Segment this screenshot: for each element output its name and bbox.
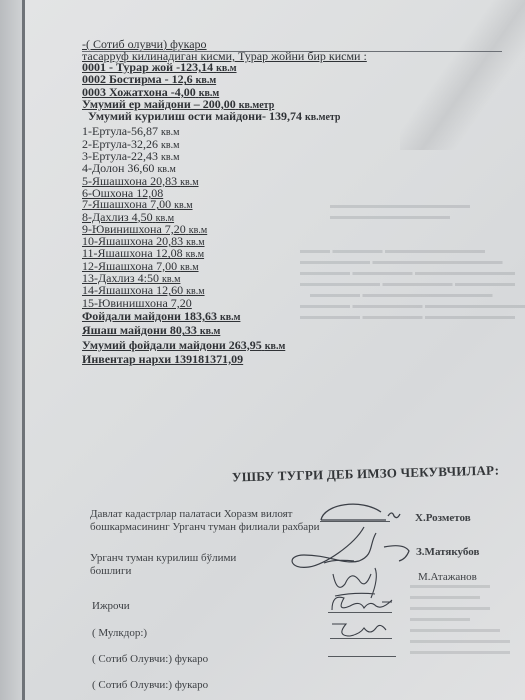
background-surface xyxy=(0,0,22,700)
summary-item-unit: кв.м xyxy=(220,312,240,323)
summary-item: Фойдали майдони 183,63 кв.м xyxy=(82,311,502,323)
document-body: -( Сотиб олувчи) фукаро тасарруф килинад… xyxy=(82,38,502,365)
built-area-unit: кв.метр xyxy=(305,112,341,123)
signature-line xyxy=(328,656,396,657)
area-summary: Фойдали майдони 183,63 кв.м Яшаш майдони… xyxy=(82,311,502,365)
room-item-unit: кв.м xyxy=(189,225,207,236)
summary-item-text: Умумий фойдали майдони 263,95 xyxy=(82,338,262,352)
summary-item: Яшаш майдони 80,33 кв.м xyxy=(82,325,502,337)
signatory-role-executor: Ижрочи xyxy=(92,600,130,613)
summary-item: Умумий фойдали майдони 263,95 кв.м xyxy=(82,340,502,352)
signature-owner-icon xyxy=(328,618,398,640)
room-item-unit: кв.м xyxy=(161,152,179,163)
room-item: 15-Ювинишхона 7,20 xyxy=(82,298,502,309)
room-item-unit: кв.м xyxy=(180,177,198,188)
signature-executor-icon xyxy=(326,592,406,617)
signatory-name-atajanov: М.Атажанов xyxy=(418,571,477,583)
property-parts-list: 0001 - Турар жой -123,14 кв.м0002 Бостир… xyxy=(82,62,502,99)
built-area-text: Умумий курилиш ости майдони- 139,74 xyxy=(88,109,302,123)
signatory-name-rozmetov: Х.Розметов xyxy=(415,512,471,524)
built-area: Умумий курилиш ости майдони- 139,74 кв.м… xyxy=(82,111,502,123)
summary-item-text: Фойдали майдони 183,63 xyxy=(82,309,217,323)
property-part-unit: кв.м xyxy=(216,63,236,74)
signatory-role-construction: Урганч туман курилиш бўлими бошлиги xyxy=(90,552,260,578)
signatory-role-buyer-2: ( Сотиб Олувчи:) фукаро xyxy=(92,679,208,692)
room-item-unit: кв.м xyxy=(161,127,179,138)
summary-item-text: Яшаш майдони 80,33 xyxy=(82,323,197,337)
room-item-unit: кв.м xyxy=(186,249,204,260)
room-item-unit: кв.м xyxy=(161,140,179,151)
rooms-list: 1-Ертула-56,87 кв.м2-Ертула-32,26 кв.м3-… xyxy=(82,126,502,308)
signatory-role-buyer-1: ( Сотиб Олувчи:) фукаро xyxy=(92,653,208,666)
room-item-unit: кв.м xyxy=(186,237,204,248)
signatory-name-matyakubov: З.Матякубов xyxy=(416,546,479,558)
summary-item: Инвентар нархи 139181371,09 xyxy=(82,354,502,365)
room-item-unit: кв.м xyxy=(180,262,198,273)
summary-item-text: Инвентар нархи 139181371,09 xyxy=(82,352,243,366)
summary-item-unit: кв.м xyxy=(200,326,220,337)
room-item-unit: кв.м xyxy=(174,200,192,211)
summary-item-unit: кв.м xyxy=(265,341,285,352)
room-item-text: 15-Ювинишхона 7,20 xyxy=(82,296,192,310)
signatory-role-owner: ( Мулкдор:) xyxy=(92,627,147,640)
